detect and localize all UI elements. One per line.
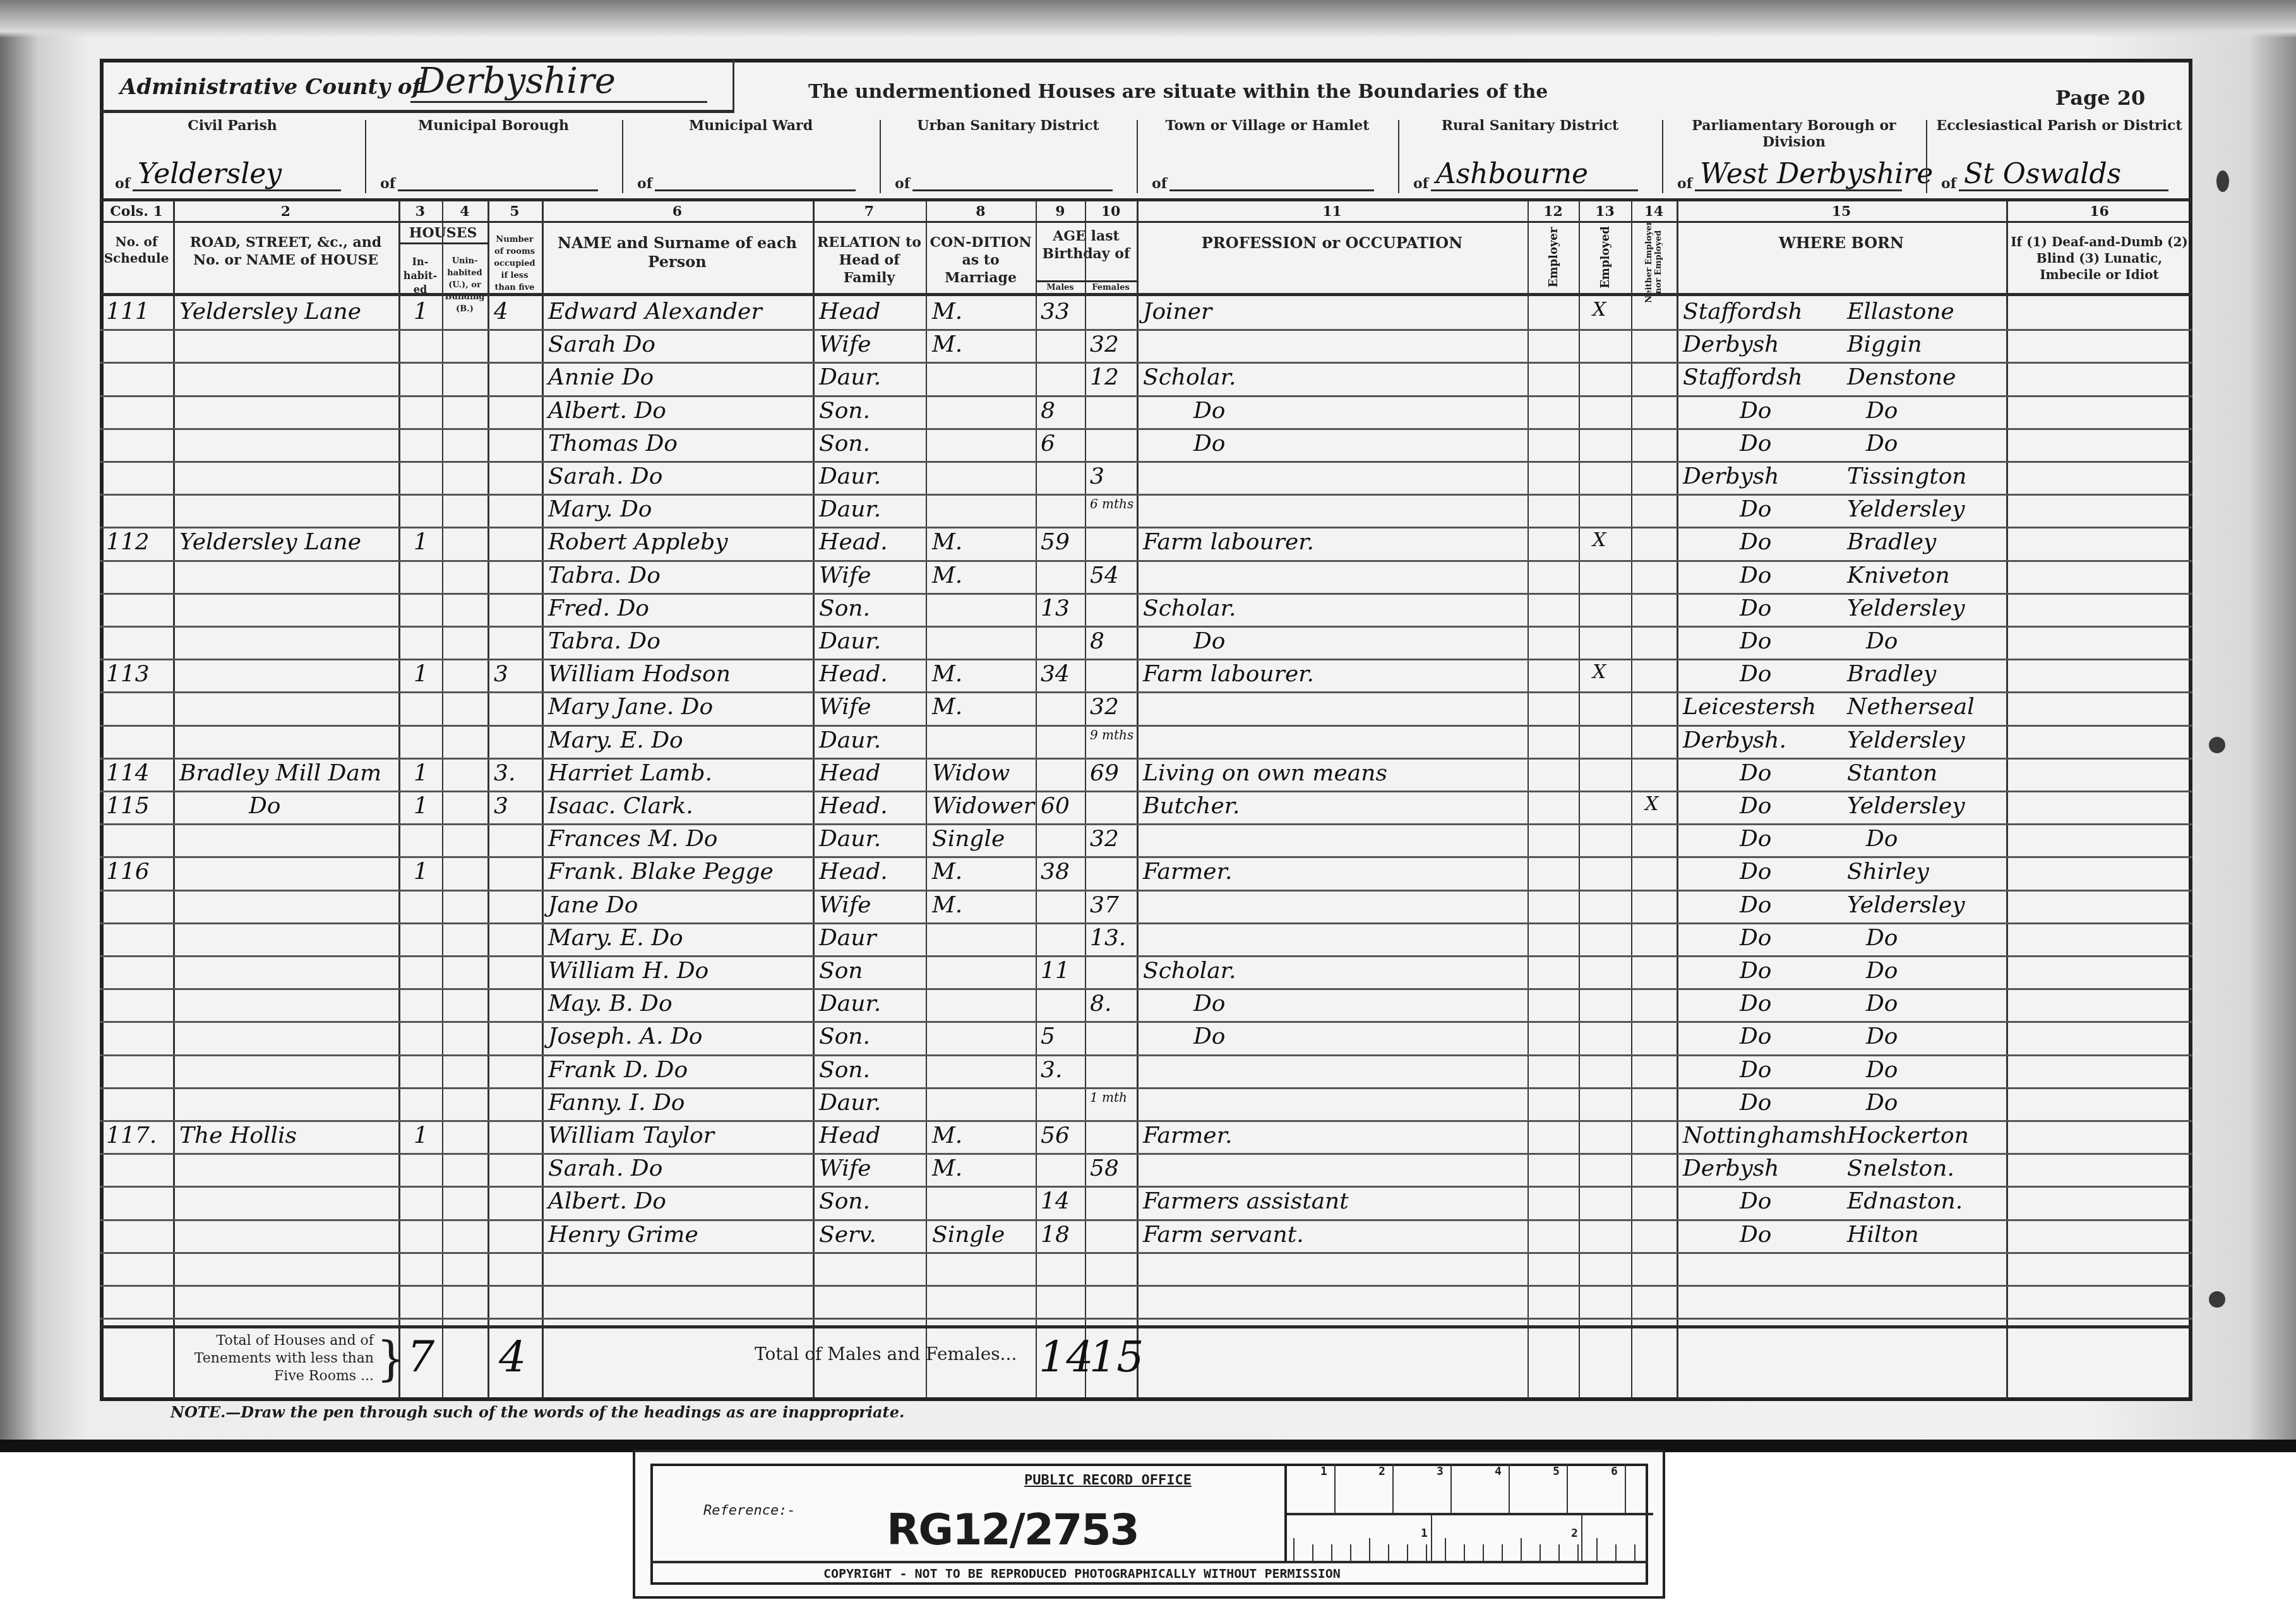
house-address: The Hollis: [179, 1123, 297, 1149]
person-name: Frances M. Do: [548, 826, 718, 852]
scale-tick-major: [1450, 1464, 1452, 1514]
scale-label: 6: [1611, 1465, 1618, 1478]
scale-label: 2: [1571, 1527, 1578, 1540]
birth-place: Shirley: [1847, 859, 1929, 885]
relation: Daur.: [819, 727, 881, 753]
marital-condition: Widow: [932, 760, 1010, 786]
column-number: 2: [248, 203, 324, 220]
district-label: Urban Sanitary District: [880, 117, 1137, 134]
birth-county: Do: [1740, 859, 1772, 885]
birth-county: Do: [1740, 826, 1772, 852]
scale-tick-minor: [1540, 1544, 1541, 1562]
reference-number: RG12/2753: [887, 1505, 1139, 1555]
scale-tick-minor: [1426, 1544, 1427, 1562]
inhabited-count: 1: [414, 661, 428, 687]
column-number: 16: [2062, 203, 2138, 220]
house-address: Yeldersley Lane: [179, 299, 361, 325]
person-name: Tabra. Do: [548, 628, 661, 654]
column-number: 8: [943, 203, 1019, 220]
row-rule: [100, 560, 2192, 562]
birth-county: Do: [1740, 958, 1772, 984]
district-of-label: of: [637, 176, 652, 192]
district-underline: [655, 189, 856, 191]
birth-place: Tissington: [1847, 463, 1967, 489]
age-male: 11: [1041, 958, 1070, 984]
age-male: 6: [1041, 431, 1055, 456]
column-number: Cols. 1: [99, 203, 174, 220]
age-male: 33: [1041, 299, 1070, 325]
occupation: Do: [1193, 628, 1226, 654]
header-c11: PROFESSION or OCCUPATION: [1139, 234, 1525, 253]
row-rule: [100, 362, 2192, 364]
person-name: William H. Do: [548, 958, 709, 984]
district-label: Municipal Borough: [365, 117, 622, 134]
birth-place: Do: [1866, 1057, 1898, 1083]
occupation: Farm labourer.: [1143, 661, 1314, 687]
neither-mark: X: [1645, 793, 1658, 815]
birth-place: Do: [1866, 958, 1898, 984]
district-label: Parliamentary Borough or Division: [1662, 117, 1926, 150]
birth-place: Yeldersley: [1847, 496, 1965, 522]
scale-divider: [1287, 1513, 1653, 1515]
employed-mark: X: [1593, 299, 1606, 321]
record-office-label: PUBLIC RECORD OFFICE: [1024, 1472, 1192, 1488]
birth-county: Do: [1740, 991, 1772, 1017]
birth-county: Derbysh: [1683, 331, 1779, 357]
birth-county: Staffordsh: [1683, 364, 1803, 390]
district-label: Town or Village or Hamlet: [1137, 117, 1398, 134]
scale-tick-major: [1431, 1514, 1432, 1562]
header-c1: No. of Schedule: [102, 234, 170, 266]
birth-place: Hockerton: [1847, 1123, 1969, 1149]
person-name: Sarah Do: [548, 331, 655, 357]
header-c16: If (1) Deaf-and-Dumb (2) Blind (3) Lunat…: [2009, 234, 2190, 283]
scale-tick-minor: [1634, 1544, 1635, 1562]
birth-county: Do: [1740, 431, 1772, 456]
birth-county: Leicestersh: [1683, 694, 1816, 720]
marital-condition: Single: [932, 826, 1005, 852]
birth-county: Do: [1740, 892, 1772, 918]
relation: Son.: [819, 1023, 870, 1049]
row-rule: [100, 1219, 2192, 1221]
age-female: 37: [1090, 892, 1119, 918]
row-rule: [100, 329, 2192, 331]
schedule-number: 113: [106, 661, 150, 687]
birth-place: Do: [1866, 1023, 1898, 1049]
age-male: 60: [1041, 793, 1070, 819]
scale-tick-minor: [1615, 1544, 1617, 1562]
age-female: 13.: [1090, 925, 1126, 951]
boundaries-text: The undermentioned Houses are situate wi…: [808, 81, 1548, 103]
person-name: Thomas Do: [548, 431, 678, 456]
schedule-number: 114: [106, 760, 150, 786]
birth-place: Snelston.: [1847, 1155, 1954, 1181]
person-name: Sarah. Do: [548, 1155, 662, 1181]
birth-county: Do: [1740, 496, 1772, 522]
header-c4: Unin-habited (U.), or Building (B.): [445, 255, 485, 315]
scale-tick-major: [1509, 1464, 1510, 1514]
birth-county: Do: [1740, 1188, 1772, 1214]
county-value: Derbyshire: [417, 61, 616, 102]
inhabited-count: 1: [414, 299, 428, 325]
title-divider: [100, 110, 733, 113]
occupation: Do: [1193, 1023, 1226, 1049]
district-of-label: of: [1152, 176, 1167, 192]
person-name: Mary Jane. Do: [548, 694, 713, 720]
measurement-scale: 12345612: [1284, 1464, 1653, 1562]
row-rule: [100, 527, 2192, 528]
scale-tick-minor: [1483, 1544, 1484, 1562]
row-rule: [100, 856, 2192, 858]
punch-hole: [2216, 170, 2229, 192]
scale-tick-major: [1334, 1464, 1336, 1514]
relation: Son: [819, 958, 863, 984]
birth-place: Yeldersley: [1847, 727, 1965, 753]
row-rule: [100, 1252, 2192, 1254]
district-of-label: of: [1677, 176, 1692, 192]
district-of-label: of: [115, 176, 130, 192]
occupation: Farmers assistant: [1143, 1188, 1349, 1214]
marital-condition: M.: [932, 892, 962, 918]
scale-tick-major: [1392, 1464, 1394, 1514]
birth-county: Do: [1740, 529, 1772, 555]
relation: Son.: [819, 398, 870, 424]
age-male: 38: [1041, 859, 1070, 885]
row-rule: [100, 659, 2192, 660]
age-female: 54: [1090, 563, 1119, 588]
column-number: 6: [640, 203, 715, 220]
marital-condition: M.: [932, 694, 962, 720]
relation: Head.: [819, 529, 888, 555]
column-number: 15: [1803, 203, 1879, 220]
row-rule: [100, 988, 2192, 990]
relation: Wife: [819, 892, 871, 918]
row-rule: [100, 1021, 2192, 1023]
row-rule: [100, 494, 2192, 496]
district-of-label: of: [1413, 176, 1428, 192]
scale-tick-minor: [1445, 1538, 1446, 1562]
relation: Daur.: [819, 496, 881, 522]
row-rule: [100, 1153, 2192, 1155]
schedule-number: 115: [106, 793, 150, 819]
relation: Head.: [819, 793, 888, 819]
scale-tick-minor: [1558, 1544, 1560, 1562]
scale-tick-minor: [1521, 1538, 1522, 1562]
person-name: Albert. Do: [548, 1188, 666, 1214]
relation: Head: [819, 1123, 880, 1149]
person-name: Sarah. Do: [548, 463, 662, 489]
occupation: Scholar.: [1143, 364, 1236, 390]
totals-houses-inhabited: 7: [407, 1332, 434, 1382]
relation: Daur.: [819, 463, 881, 489]
birth-county: Do: [1740, 1057, 1772, 1083]
person-name: Jane Do: [548, 892, 638, 918]
district-value: West Derbyshire: [1700, 158, 1933, 190]
occupation: Farmer.: [1143, 859, 1232, 885]
birth-place: Stanton: [1847, 760, 1937, 786]
punch-hole: [2209, 1291, 2225, 1308]
birth-county: Do: [1740, 563, 1772, 588]
scale-label: 3: [1437, 1465, 1444, 1478]
header-c2: ROAD, STREET, &c., and No. or NAME of HO…: [176, 234, 396, 269]
header-c3: In-habit-ed: [401, 255, 439, 297]
totals-houses-label: Total of Houses and of Tenements with le…: [178, 1332, 374, 1385]
birth-place: Yeldersley: [1847, 892, 1965, 918]
schedule-number: 112: [106, 529, 150, 555]
inhabited-count: 1: [414, 760, 428, 786]
scale-tick-minor: [1407, 1544, 1408, 1562]
person-name: Robert Appleby: [548, 529, 728, 555]
birth-place: Do: [1866, 826, 1898, 852]
age-female: 3: [1090, 463, 1104, 489]
person-name: William Hodson: [548, 661, 731, 687]
person-name: Frank D. Do: [548, 1057, 688, 1083]
birth-place: Kniveton: [1847, 563, 1950, 588]
birth-place: Denstone: [1847, 364, 1956, 390]
scale-label: 1: [1421, 1527, 1428, 1540]
birth-place: Bradley: [1847, 529, 1936, 555]
row-rule: [100, 691, 2192, 693]
birth-place: Netherseal: [1847, 694, 1975, 720]
age-female: 6 mths: [1090, 496, 1133, 511]
relation: Serv.: [819, 1222, 876, 1248]
scale-tick-minor: [1331, 1544, 1332, 1562]
punch-hole: [2209, 737, 2225, 753]
relation: Daur.: [819, 364, 881, 390]
birth-county: Do: [1740, 1023, 1772, 1049]
reference-slip: PUBLIC RECORD OFFICE Reference:- RG12/27…: [633, 1450, 1665, 1599]
row-rule: [100, 1318, 2192, 1320]
person-name: Fred. Do: [548, 595, 649, 621]
person-name: William Taylor: [548, 1123, 714, 1149]
relation: Head: [819, 760, 880, 786]
relation: Wife: [819, 1155, 871, 1181]
rooms-count: 3: [494, 793, 508, 819]
header-females: Females: [1085, 283, 1137, 292]
occupation: Farm labourer.: [1143, 529, 1314, 555]
colnum-divider: [100, 221, 2192, 223]
occupation: Butcher.: [1143, 793, 1240, 819]
rooms-count: 4: [494, 299, 508, 325]
district-label: Ecclesiastical Parish or District: [1926, 117, 2192, 134]
row-rule: [100, 1054, 2192, 1056]
age-female: 8.: [1090, 991, 1111, 1017]
row-rule: [100, 593, 2192, 595]
totals-tenements: 4: [499, 1332, 526, 1382]
person-name: Mary. Do: [548, 496, 652, 522]
reference-slip-inner: PUBLIC RECORD OFFICE Reference:- RG12/27…: [650, 1464, 1648, 1585]
scale-label: 4: [1495, 1465, 1502, 1478]
district-underline: [1169, 189, 1374, 191]
age-male: 3.: [1041, 1057, 1062, 1083]
scale-tick-major: [1581, 1514, 1582, 1562]
person-name: May. B. Do: [548, 991, 673, 1017]
age-male: 14: [1041, 1188, 1070, 1214]
age-female: 8: [1090, 628, 1104, 654]
house-address: Yeldersley Lane: [179, 529, 361, 555]
relation: Daur.: [819, 991, 881, 1017]
district-divider: [100, 198, 2192, 201]
occupation: Joiner: [1143, 299, 1212, 325]
marital-condition: Single: [932, 1222, 1005, 1248]
row-rule: [100, 428, 2192, 430]
birth-place: Yeldersley: [1847, 595, 1965, 621]
inhabited-count: 1: [414, 859, 428, 885]
relation: Daur.: [819, 1090, 881, 1116]
relation: Daur.: [819, 826, 881, 852]
row-rule: [100, 1285, 2192, 1287]
scale-label: 2: [1378, 1465, 1385, 1478]
birth-place: Do: [1866, 991, 1898, 1017]
header-c7: RELATION to Head of Family: [815, 234, 923, 287]
birth-place: Ellastone: [1847, 299, 1954, 325]
age-female: 32: [1090, 331, 1119, 357]
employed-mark: X: [1593, 529, 1606, 551]
header-age: AGE last Birthday of: [1036, 227, 1137, 263]
age-female: 1 mth: [1090, 1090, 1127, 1105]
birth-county: Do: [1740, 793, 1772, 819]
row-rule: [100, 758, 2192, 760]
age-male: 5: [1041, 1023, 1055, 1049]
birth-county: Nottinghamsh: [1683, 1123, 1847, 1149]
header-c12: Employer: [1548, 213, 1558, 302]
inhabited-count: 1: [414, 1123, 428, 1149]
row-rule: [100, 395, 2192, 397]
scale-label: 5: [1553, 1465, 1560, 1478]
age-female: 12: [1090, 364, 1119, 390]
birth-county: Do: [1740, 760, 1772, 786]
header-c15: WHERE BORN: [1679, 234, 2004, 253]
totals-males: 14: [1039, 1332, 1094, 1382]
scale-tick-minor: [1350, 1544, 1351, 1562]
row-rule: [100, 1186, 2192, 1188]
occupation: Do: [1193, 991, 1226, 1017]
row-rule: [100, 823, 2192, 825]
district-underline: [398, 189, 598, 191]
row-rule: [100, 791, 2192, 792]
person-name: Mary. E. Do: [548, 925, 683, 951]
scale-tick-major: [1567, 1464, 1568, 1514]
age-male: 13: [1041, 595, 1070, 621]
relation: Wife: [819, 694, 871, 720]
copyright-notice: COPYRIGHT - NOT TO BE REPRODUCED PHOTOGR…: [823, 1566, 1341, 1581]
district-underline: [912, 189, 1113, 191]
header-c6: NAME and Surname of each Person: [544, 234, 810, 271]
person-name: Fanny. I. Do: [548, 1090, 685, 1116]
relation: Son.: [819, 1057, 870, 1083]
row-rule: [100, 890, 2192, 892]
relation: Daur.: [819, 628, 881, 654]
employed-mark: X: [1593, 661, 1606, 683]
age-divider: [1036, 280, 1137, 282]
age-male: 56: [1041, 1123, 1070, 1149]
row-rule: [100, 1120, 2192, 1122]
birth-place: Hilton: [1847, 1222, 1919, 1248]
district-value: Ashbourne: [1436, 158, 1588, 190]
marital-condition: M.: [932, 331, 962, 357]
row-rule: [100, 461, 2192, 463]
person-name: Joseph. A. Do: [548, 1023, 702, 1049]
birth-place: Do: [1866, 925, 1898, 951]
column-number: 7: [832, 203, 907, 220]
county-box-edge: [732, 59, 734, 113]
marital-condition: M.: [932, 859, 962, 885]
occupation: Scholar.: [1143, 958, 1236, 984]
birth-place: Do: [1866, 628, 1898, 654]
district-value: St Oswalds: [1964, 158, 2121, 190]
totals-divider: [100, 1325, 2192, 1328]
person-name: Albert. Do: [548, 398, 666, 424]
scale-label: 1: [1320, 1465, 1327, 1478]
scale-tick-minor: [1293, 1538, 1294, 1562]
age-female: 32: [1090, 694, 1119, 720]
inhabited-count: 1: [414, 793, 428, 819]
relation: Head.: [819, 661, 888, 687]
page-top-shadow: [0, 0, 2296, 38]
relation: Son.: [819, 1188, 870, 1214]
scale-tick-minor: [1596, 1538, 1598, 1562]
scale-tick-minor: [1369, 1538, 1370, 1562]
header-c8: CON-DITION as to Marriage: [928, 234, 1033, 287]
scale-tick-minor: [1312, 1544, 1313, 1562]
district-of-label: of: [895, 176, 910, 192]
house-address: Bradley Mill Dam: [179, 760, 381, 786]
totals-brace: }: [376, 1332, 406, 1387]
district-value: Yeldersley: [138, 158, 282, 190]
age-male: 34: [1041, 661, 1070, 687]
scale-tick-major: [1625, 1464, 1626, 1514]
column-number: 11: [1294, 203, 1370, 220]
birth-place: Ednaston.: [1847, 1188, 1963, 1214]
inhabited-count: 1: [414, 529, 428, 555]
birth-county: Staffordsh: [1683, 299, 1803, 325]
district-label: Municipal Ward: [622, 117, 880, 134]
person-name: Henry Grime: [548, 1222, 698, 1248]
scale-tick-minor: [1464, 1544, 1465, 1562]
occupation: Living on own means: [1143, 760, 1387, 786]
totals-persons-label: Total of Males and Females...: [755, 1344, 1017, 1364]
birth-county: Derbysh.: [1683, 727, 1786, 753]
occupation: Farm servant.: [1143, 1222, 1304, 1248]
person-name: Harriet Lamb.: [548, 760, 712, 786]
scale-tick-minor: [1502, 1544, 1503, 1562]
birth-county: Do: [1740, 398, 1772, 424]
row-rule: [100, 955, 2192, 957]
header-bottom-divider: [100, 293, 2192, 296]
occupation: Do: [1193, 431, 1226, 456]
schedule-number: 117.: [106, 1123, 157, 1149]
age-male: 18: [1041, 1222, 1070, 1248]
district-of-label: of: [1941, 176, 1956, 192]
district-of-label: of: [380, 176, 395, 192]
birth-place: Do: [1866, 1090, 1898, 1116]
marital-condition: M.: [932, 1155, 962, 1181]
birth-county: Derbysh: [1683, 1155, 1779, 1181]
occupation: Do: [1193, 398, 1226, 424]
rooms-count: 3.: [494, 760, 515, 786]
schedule-number: 116: [106, 859, 150, 885]
age-female: 69: [1090, 760, 1119, 786]
header-c5: Number of rooms occupied if less than fi…: [490, 234, 539, 294]
header-c13: Employed: [1600, 213, 1610, 302]
occupation: Scholar.: [1143, 595, 1236, 621]
birth-place: Do: [1866, 431, 1898, 456]
age-male: 8: [1041, 398, 1055, 424]
age-female: 9 mths: [1090, 727, 1133, 743]
scale-tick-minor: [1577, 1544, 1579, 1562]
relation: Son.: [819, 595, 870, 621]
age-female: 58: [1090, 1155, 1119, 1181]
